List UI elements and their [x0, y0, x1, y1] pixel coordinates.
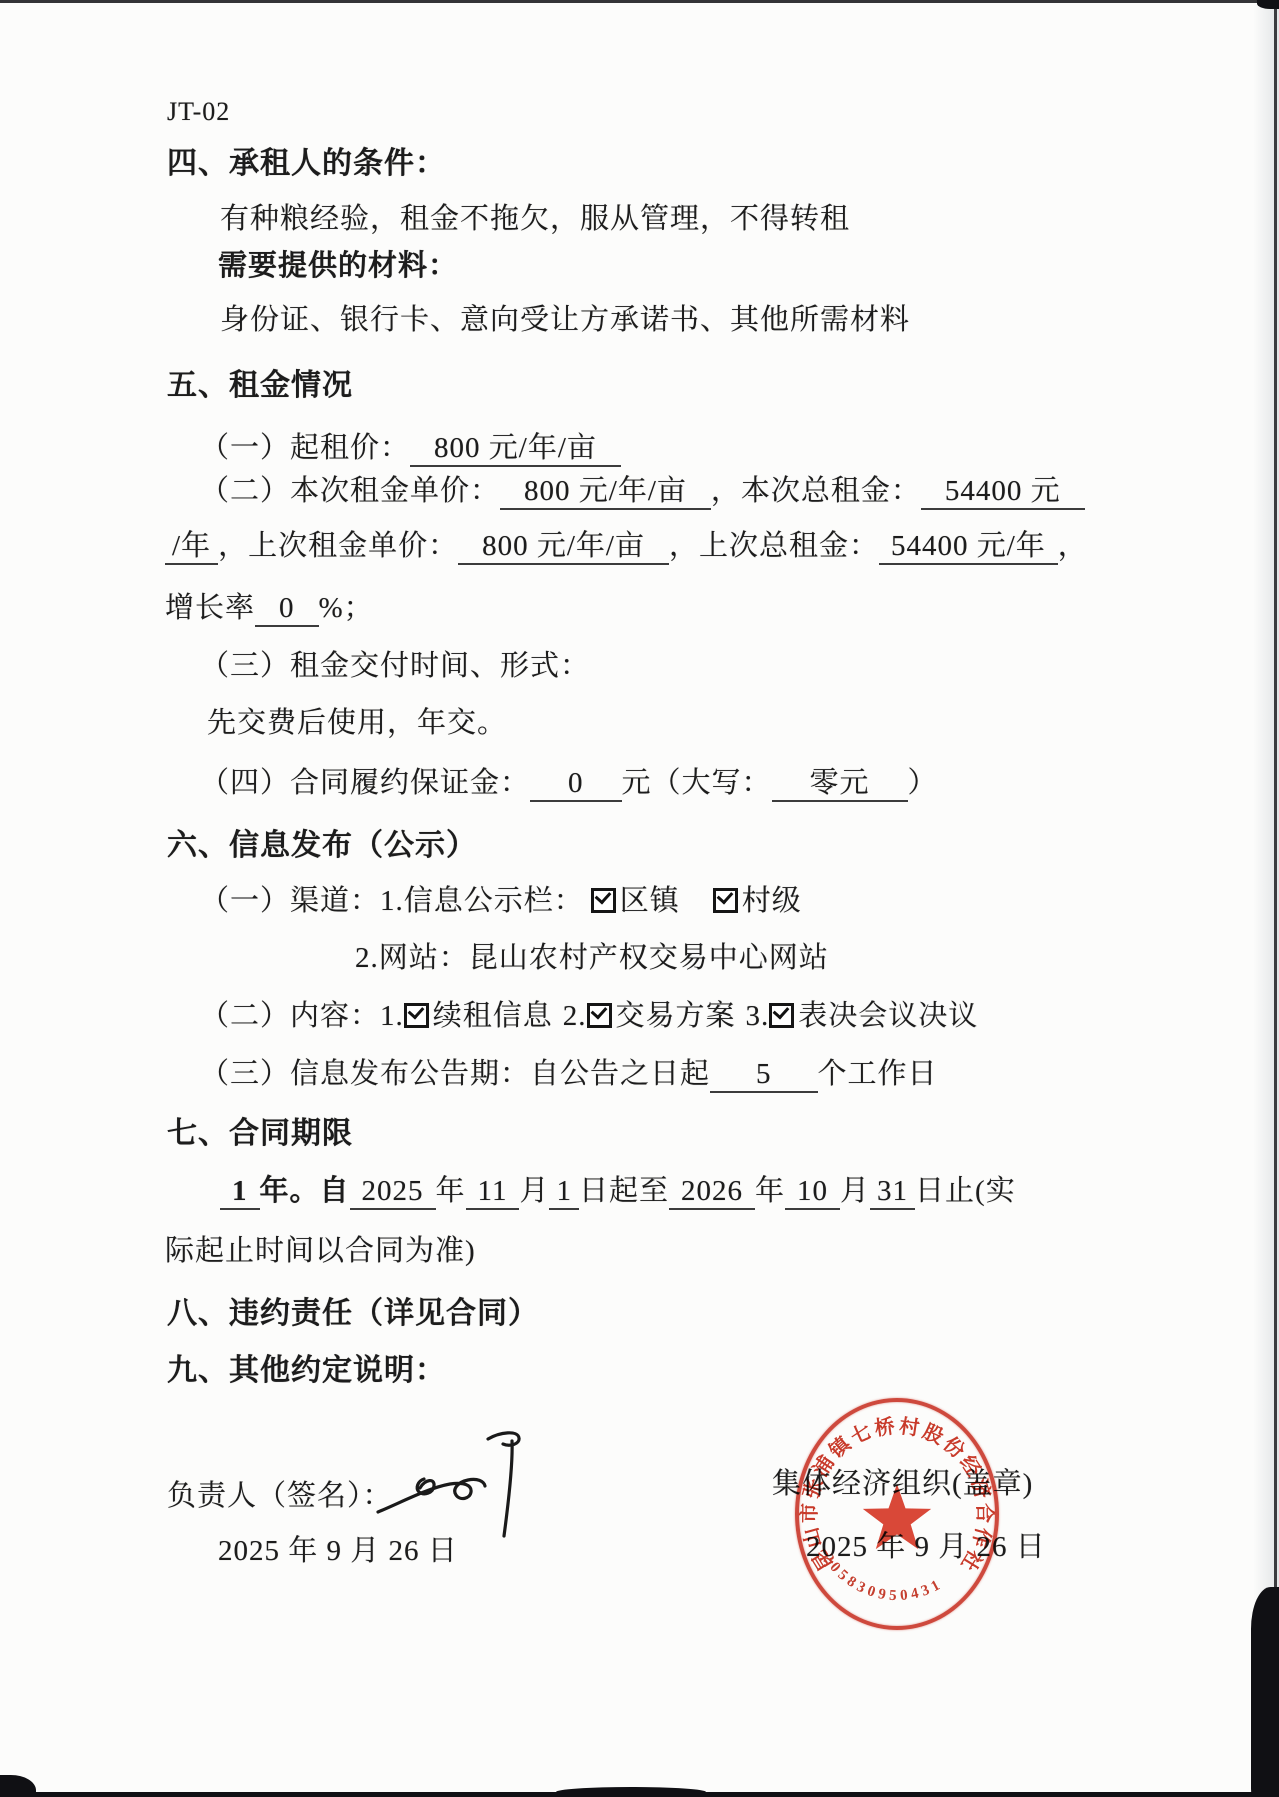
rent-current-unit-value: 800 元/年/亩	[500, 475, 711, 510]
scan-top-edge	[0, 0, 1279, 3]
term-end-year: 2026	[669, 1175, 755, 1210]
growth-rate-line: 增长率0%；	[165, 585, 374, 627]
rent-previous-mid1: ，上次租金单价：	[218, 530, 458, 562]
document-page: JT-02 四、承租人的条件： 有种粮经验，租金不拖欠，服从管理，不得转租 需要…	[0, 0, 1279, 1797]
signer-label: 负责人（签名）：	[167, 1473, 393, 1514]
term-text-1: 年。自	[260, 1175, 350, 1207]
term-years-value: 1	[220, 1175, 260, 1210]
channel-line: （一）渠道：1.信息公示栏：区镇村级	[200, 878, 802, 919]
scan-right-edge	[1274, 0, 1277, 1797]
term-end-day: 31	[870, 1175, 915, 1210]
growth-rate-suffix: %；	[319, 592, 374, 624]
section-8-heading: 八、违约责任（详见合同）	[167, 1288, 539, 1332]
rent-previous-mid2: ，上次总租金：	[669, 530, 879, 562]
checkbox-checked-icon	[404, 1003, 429, 1028]
deposit-suffix: ）	[908, 767, 938, 799]
scan-bottom-left-blob	[0, 1775, 36, 1797]
section-4-heading: 四、承租人的条件：	[167, 138, 446, 182]
notice-suffix: 个工作日	[818, 1058, 938, 1090]
term-text-6: 月	[840, 1175, 870, 1207]
section-6-heading: 六、信息发布（公示）	[167, 820, 477, 864]
deposit-line: （四）合同履约保证金：0元（大写：零元）	[200, 760, 938, 802]
section-9-heading: 九、其他约定说明：	[167, 1345, 446, 1389]
handwritten-signature	[372, 1428, 542, 1546]
channel-prefix: （一）渠道：1.信息公示栏：	[200, 885, 584, 917]
scan-bottom-right-blob	[1251, 1587, 1279, 1797]
rent-current-mid: ，本次总租金：	[711, 475, 921, 507]
deposit-mid: 元（大写：	[622, 767, 772, 799]
website-line: 2.网站：昆山农村产权交易中心网站	[355, 935, 829, 976]
section-4-subheading: 需要提供的材料：	[218, 243, 458, 284]
term-start-day: 1	[549, 1175, 579, 1210]
rent-start-line: （一）起租价：800 元/年/亩	[200, 425, 621, 467]
deposit-value: 0	[530, 767, 622, 802]
term-start-month: 11	[466, 1175, 520, 1210]
channel-option-district: 区镇	[620, 885, 680, 917]
section-7-heading: 七、合同期限	[167, 1108, 353, 1152]
section-4-text-2: 身份证、银行卡、意向受让方承诺书、其他所需材料	[220, 297, 910, 338]
scan-bottom-bump	[556, 1787, 706, 1797]
content-option-1: 续租信息	[433, 1000, 553, 1032]
rent-payment-label: （三）租金交付时间、形式：	[200, 643, 590, 684]
channel-option-village: 村级	[742, 885, 802, 917]
notice-period-line: （三）信息发布公告期：自公告之日起5个工作日	[200, 1051, 938, 1093]
form-code: JT-02	[167, 97, 230, 127]
seal-ring-char: 济	[968, 1473, 998, 1503]
rent-start-value: 800 元/年/亩	[410, 432, 621, 467]
rent-previous-unit-value: 800 元/年/亩	[458, 530, 669, 565]
rent-current-line: （二）本次租金单价：800 元/年/亩，本次总租金：54400 元	[200, 468, 1085, 510]
section-4-text-1: 有种粮经验，租金不拖欠，服从管理，不得转租	[220, 196, 850, 237]
rent-previous-line: /年，上次租金单价：800 元/年/亩，上次总租金：54400 元/年，	[165, 523, 1088, 565]
term-end-month: 10	[785, 1175, 840, 1210]
term-text-4: 日起至	[579, 1175, 669, 1207]
section-5-heading: 五、租金情况	[167, 360, 353, 404]
content-option-2: 交易方案	[616, 1000, 736, 1032]
content-option-3: 表决会议决议	[798, 1000, 978, 1032]
checkbox-checked-icon	[713, 888, 738, 913]
notice-prefix: （三）信息发布公告期：自公告之日起	[200, 1058, 710, 1090]
notice-days-value: 5	[710, 1058, 818, 1093]
content-prefix: （二）内容：1.	[200, 1000, 404, 1032]
content-mid-2: 3.	[746, 1000, 770, 1032]
rent-previous-total-value: 54400 元/年	[879, 530, 1058, 565]
seal-ring-char: 合	[975, 1501, 999, 1525]
content-mid-1: 2.	[563, 1000, 587, 1032]
seal-ring-char: 市	[795, 1501, 819, 1525]
term-text-2: 年	[436, 1175, 466, 1207]
star-icon	[857, 1480, 937, 1560]
rent-start-label: （一）起租价：	[200, 432, 410, 464]
rent-current-total-value: 54400 元	[921, 475, 1085, 510]
deposit-cn-value: 零元	[772, 767, 908, 802]
official-red-seal: 昆山市张浦镇七桥村股份经济合作社205830950431	[793, 1396, 1001, 1632]
content-line: （二）内容：1.续租信息2.交易方案3.表决会议决议	[200, 993, 978, 1034]
term-text-5: 年	[755, 1175, 785, 1207]
checkbox-checked-icon	[591, 888, 616, 913]
contract-term-wrap-line: 际起止时间以合同为准)	[165, 1228, 476, 1269]
rent-previous-suffix: ，	[1058, 530, 1088, 562]
term-text-3: 月	[519, 1175, 549, 1207]
term-text-7: 日止(实	[915, 1175, 1016, 1207]
growth-rate-value: 0	[255, 592, 319, 627]
checkbox-checked-icon	[769, 1003, 794, 1028]
rent-wrap-unit: /年	[165, 530, 218, 565]
deposit-prefix: （四）合同履约保证金：	[200, 767, 530, 799]
seal-ring-char: 桥	[871, 1411, 898, 1438]
checkbox-checked-icon	[587, 1003, 612, 1028]
growth-rate-label: 增长率	[165, 592, 255, 624]
term-start-year: 2025	[350, 1175, 436, 1210]
contract-term-line: 1年。自2025年11月1日起至2026年10月31日止(实	[220, 1168, 1016, 1210]
rent-current-prefix: （二）本次租金单价：	[200, 475, 500, 507]
rent-payment-text: 先交费后使用，年交。	[207, 700, 507, 741]
